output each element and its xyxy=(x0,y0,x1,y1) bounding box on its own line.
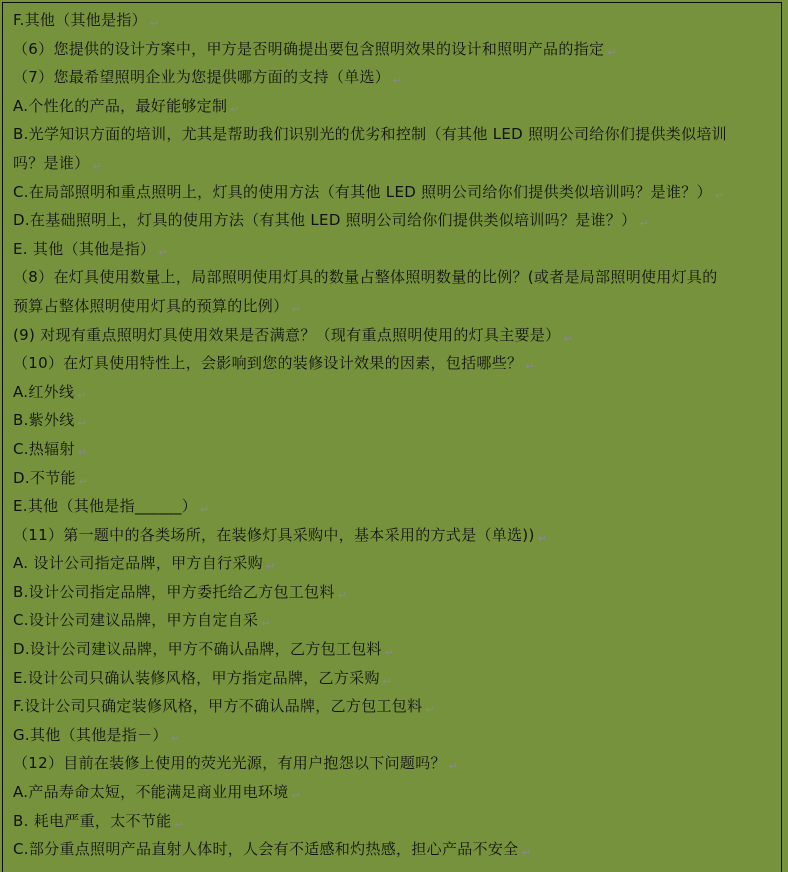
document-line: (9) 对现有重点照明灯具使用效果是否满意？（现有重点照明使用的灯具主要是）↵ xyxy=(13,321,783,350)
line-text: （10）在灯具使用特性上，会影响到您的装修设计效果的因素，包括哪些？ xyxy=(13,354,522,372)
line-text: （11）第一题中的各类场所，在装修灯具采购中，基本采用的方式是（单选)) xyxy=(13,526,535,544)
line-text: 预算占整体照明使用灯具的预算的比例） xyxy=(13,297,288,315)
document-line: E.设计公司只确认装修风格，甲方指定品牌，乙方采购↵ xyxy=(13,664,783,693)
paragraph-mark-icon: ↵ xyxy=(78,417,88,430)
document-line: （10）在灯具使用特性上，会影响到您的装修设计效果的因素，包括哪些？↵ xyxy=(13,349,783,378)
line-text: D.在基础照明上，灯具的使用方法（有其他 LED 照明公司给你们提供类似培训吗？… xyxy=(13,211,636,229)
line-text: （6）您提供的设计方案中，甲方是否明确提出要包含照明效果的设计和照明产品的指定 xyxy=(13,40,604,58)
line-text: A.红外线 xyxy=(13,383,74,401)
document-line: B.设计公司指定品牌，甲方委托给乙方包工包料↵ xyxy=(13,578,783,607)
document-line: B. 耗电严重，太不节能↵ xyxy=(13,807,783,836)
line-text: D.不节能 xyxy=(13,469,76,487)
paragraph-mark-icon: ↵ xyxy=(200,503,210,516)
document-line: C.设计公司建议品牌，甲方自定自采↵ xyxy=(13,606,783,635)
document-line: A. 设计公司指定品牌，甲方自行采购↵ xyxy=(13,549,783,578)
document-line: A.产品寿命太短，不能满足商业用电环境↵ xyxy=(13,778,783,807)
paragraph-mark-icon: ↵ xyxy=(158,246,168,259)
paragraph-mark-icon: ↵ xyxy=(385,646,395,659)
paragraph-mark-icon: ↵ xyxy=(291,303,301,316)
line-text: E. 其他（其他是指） xyxy=(13,240,155,258)
paragraph-mark-icon: ↵ xyxy=(639,217,649,230)
paragraph-mark-icon: ↵ xyxy=(291,789,301,802)
line-text: E.设计公司只确认装修风格，甲方指定品牌，乙方采购 xyxy=(13,669,380,687)
paragraph-mark-icon: ↵ xyxy=(338,589,348,602)
paragraph-mark-icon: ↵ xyxy=(79,475,89,488)
paragraph-mark-icon: ↵ xyxy=(425,703,435,716)
paragraph-mark-icon: ↵ xyxy=(393,74,403,87)
paragraph-mark-icon: ↵ xyxy=(538,532,548,545)
line-text: （12）目前在装修上使用的荧光光源，有用户抱怨以下问题吗？ xyxy=(13,754,446,772)
paragraph-mark-icon: ↵ xyxy=(77,389,87,402)
paragraph-mark-icon: ↵ xyxy=(521,846,531,859)
document-line: （8）在灯具使用数量上，局部照明使用灯具的数量占整体照明数量的比例？(或者是局部… xyxy=(13,263,783,292)
document-line: B.紫外线↵ xyxy=(13,406,783,435)
line-text: (9) 对现有重点照明灯具使用效果是否满意？（现有重点照明使用的灯具主要是） xyxy=(13,326,560,344)
document-line: F.其他（其他是指）↵ xyxy=(13,6,783,35)
line-text: C.部分重点照明产品直射人体时，人会有不适感和灼热感，担心产品不安全 xyxy=(13,840,518,858)
document-line: F.设计公司只确定装修风格，甲方不确认品牌，乙方包工包料↵ xyxy=(13,692,783,721)
line-text: G.其他（其他是指－） xyxy=(13,726,168,744)
paragraph-mark-icon: ↵ xyxy=(563,332,573,345)
paragraph-mark-icon: ↵ xyxy=(266,560,276,573)
paragraph-mark-icon: ↵ xyxy=(78,446,88,459)
paragraph-mark-icon: ↵ xyxy=(93,160,103,173)
document-line: B.光学知识方面的培训，尤其是帮助我们识别光的优劣和控制（有其他 LED 照明公… xyxy=(13,120,783,149)
line-text: 吗？是谁） xyxy=(13,154,90,172)
paragraph-mark-icon: ↵ xyxy=(525,360,535,373)
document-line: E.其他（其他是指______）↵ xyxy=(13,492,783,521)
document-line: C.部分重点照明产品直射人体时，人会有不适感和灼热感，担心产品不安全↵ xyxy=(13,835,783,860)
paragraph-mark-icon: ↵ xyxy=(607,46,617,59)
document-body: F.其他（其他是指）↵（6）您提供的设计方案中，甲方是否明确提出要包含照明效果的… xyxy=(13,6,783,860)
document-line: A.红外线↵ xyxy=(13,378,783,407)
line-text: B.紫外线 xyxy=(13,411,75,429)
line-text: B. 耗电严重，太不节能 xyxy=(13,812,171,830)
line-text: F.设计公司只确定装修风格，甲方不确认品牌，乙方包工包料 xyxy=(13,697,422,715)
line-text: A.个性化的产品，最好能够定制 xyxy=(13,97,227,115)
document-line: D.设计公司建议品牌，甲方不确认品牌，乙方包工包料↵ xyxy=(13,635,783,664)
paragraph-mark-icon: ↵ xyxy=(449,760,459,773)
line-text: D.设计公司建议品牌，甲方不确认品牌，乙方包工包料 xyxy=(13,640,382,658)
document-line: （11）第一题中的各类场所，在装修灯具采购中，基本采用的方式是（单选))↵ xyxy=(13,521,783,550)
line-text: （7）您最希望照明企业为您提供哪方面的支持（单选） xyxy=(13,68,390,86)
line-text: C.热辐射 xyxy=(13,440,75,458)
document-line: D.在基础照明上，灯具的使用方法（有其他 LED 照明公司给你们提供类似培训吗？… xyxy=(13,206,783,235)
paragraph-mark-icon: ↵ xyxy=(174,818,184,831)
line-text: （8）在灯具使用数量上，局部照明使用灯具的数量占整体照明数量的比例？(或者是局部… xyxy=(13,268,718,286)
line-text: E.其他（其他是指______） xyxy=(13,497,197,515)
paragraph-mark-icon: ↵ xyxy=(150,17,160,30)
document-line: （6）您提供的设计方案中，甲方是否明确提出要包含照明效果的设计和照明产品的指定↵ xyxy=(13,35,783,64)
document-line: C.热辐射↵ xyxy=(13,435,783,464)
document-line: C.在局部照明和重点照明上，灯具的使用方法（有其他 LED 照明公司给你们提供类… xyxy=(13,178,783,207)
paragraph-mark-icon: ↵ xyxy=(171,732,181,745)
document-line: D.不节能↵ xyxy=(13,464,783,493)
document-line: （12）目前在装修上使用的荧光光源，有用户抱怨以下问题吗？↵ xyxy=(13,749,783,778)
document-line: 预算占整体照明使用灯具的预算的比例）↵ xyxy=(13,292,783,321)
line-text: B.设计公司指定品牌，甲方委托给乙方包工包料 xyxy=(13,583,335,601)
paragraph-mark-icon: ↵ xyxy=(715,189,725,202)
document-page: F.其他（其他是指）↵（6）您提供的设计方案中，甲方是否明确提出要包含照明效果的… xyxy=(2,2,782,860)
line-text: A. 设计公司指定品牌，甲方自行采购 xyxy=(13,554,263,572)
document-line: 吗？是谁）↵ xyxy=(13,149,783,178)
line-text: F.其他（其他是指） xyxy=(13,11,147,29)
line-text: B.光学知识方面的培训，尤其是帮助我们识别光的优劣和控制（有其他 LED 照明公… xyxy=(13,125,727,143)
paragraph-mark-icon: ↵ xyxy=(261,617,271,630)
document-line: A.个性化的产品，最好能够定制↵ xyxy=(13,92,783,121)
line-text: C.在局部照明和重点照明上，灯具的使用方法（有其他 LED 照明公司给你们提供类… xyxy=(13,183,712,201)
line-text: A.产品寿命太短，不能满足商业用电环境 xyxy=(13,783,288,801)
paragraph-mark-icon: ↵ xyxy=(383,675,393,688)
paragraph-mark-icon: ↵ xyxy=(230,103,240,116)
document-line: E. 其他（其他是指）↵ xyxy=(13,235,783,264)
document-line: （7）您最希望照明企业为您提供哪方面的支持（单选）↵ xyxy=(13,63,783,92)
line-text: C.设计公司建议品牌，甲方自定自采 xyxy=(13,611,258,629)
document-line: G.其他（其他是指－）↵ xyxy=(13,721,783,750)
